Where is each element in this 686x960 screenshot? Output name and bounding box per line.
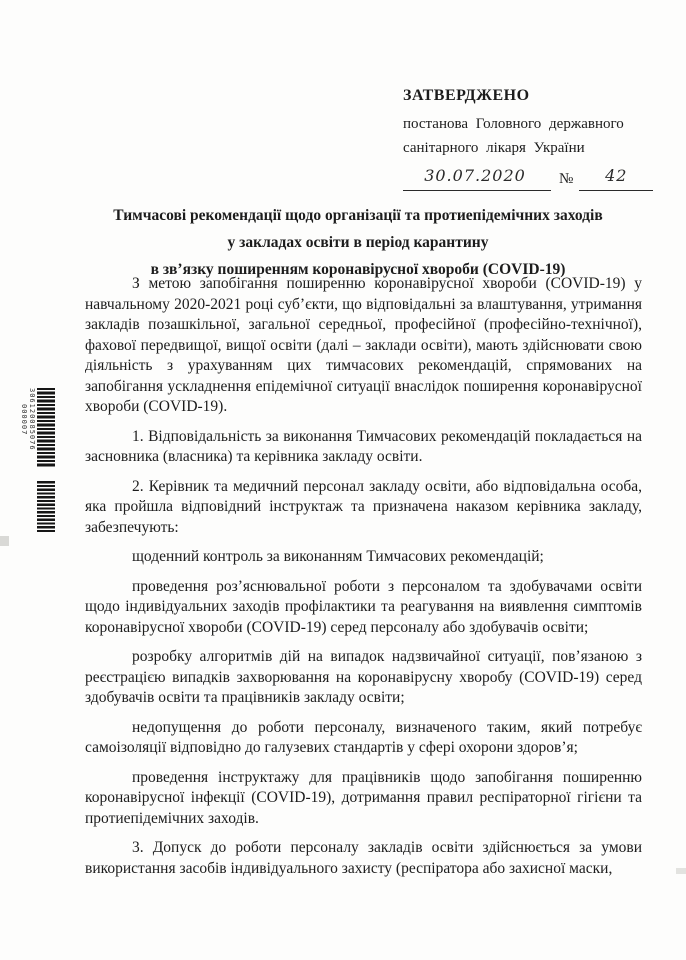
paragraph-subitem-algorithms: розробку алгоритмів дій на випадок надзв… <box>85 647 642 709</box>
paragraph-intro: З метою запобігання поширенню коронавіру… <box>85 274 642 418</box>
barcode-bars-group1 <box>37 388 55 468</box>
numero-sign: № <box>559 167 573 191</box>
registration-barcode: 306120085076 000007 <box>20 388 55 532</box>
barcode-digits-group2: 000007 <box>20 404 28 532</box>
approval-block: ЗАТВЕРДЖЕНО постанова Головного державно… <box>403 84 667 191</box>
scanned-document-page: ЗАТВЕРДЖЕНО постанова Головного державно… <box>0 0 686 960</box>
barcode-digits-group1: 306120085076 <box>28 388 36 532</box>
paragraph-subitem-briefing: проведення інструктажу для працівників щ… <box>85 768 642 830</box>
title-line-2: у закладах освіти в період карантину <box>70 229 646 256</box>
document-body: З метою запобігання поширенню коронавіру… <box>85 274 642 888</box>
paragraph-subitem-no-admission: недопущення до роботи персоналу, визначе… <box>85 718 642 759</box>
paragraph-item-3: 3. Допуск до роботи персоналу закладів о… <box>85 838 642 879</box>
barcode-bars-group2 <box>37 481 55 532</box>
document-title: Тимчасові рекомендації щодо організації … <box>70 202 646 283</box>
approval-date-number-row: 30.07.2020 № 42 <box>403 164 667 191</box>
handwritten-date-field: 30.07.2020 <box>403 164 551 191</box>
paragraph-item-1: 1. Відповідальність за виконання Тимчасо… <box>85 427 642 468</box>
handwritten-date: 30.07.2020 <box>424 166 526 185</box>
paragraph-subitem-daily-control: щоденний контроль за виконанням Тимчасов… <box>85 547 642 568</box>
title-line-1: Тимчасові рекомендації щодо організації … <box>70 202 646 229</box>
barcode-digits: 306120085076 000007 <box>20 388 36 532</box>
handwritten-number: 42 <box>605 166 627 185</box>
paragraph-subitem-explanatory-work: проведення роз’яснювальної роботи з перс… <box>85 577 642 639</box>
barcode-gap <box>37 468 55 481</box>
handwritten-number-field: 42 <box>579 164 653 191</box>
approved-heading: ЗАТВЕРДЖЕНО <box>403 84 667 108</box>
scan-artifact <box>0 536 9 546</box>
paragraph-item-2: 2. Керівник та медичний персонал закладу… <box>85 477 642 539</box>
approval-body-line2: санітарного лікаря України <box>403 136 667 160</box>
approval-body-line1: постанова Головного державного <box>403 112 667 136</box>
scan-artifact <box>676 868 686 874</box>
barcode-bars <box>37 388 55 532</box>
